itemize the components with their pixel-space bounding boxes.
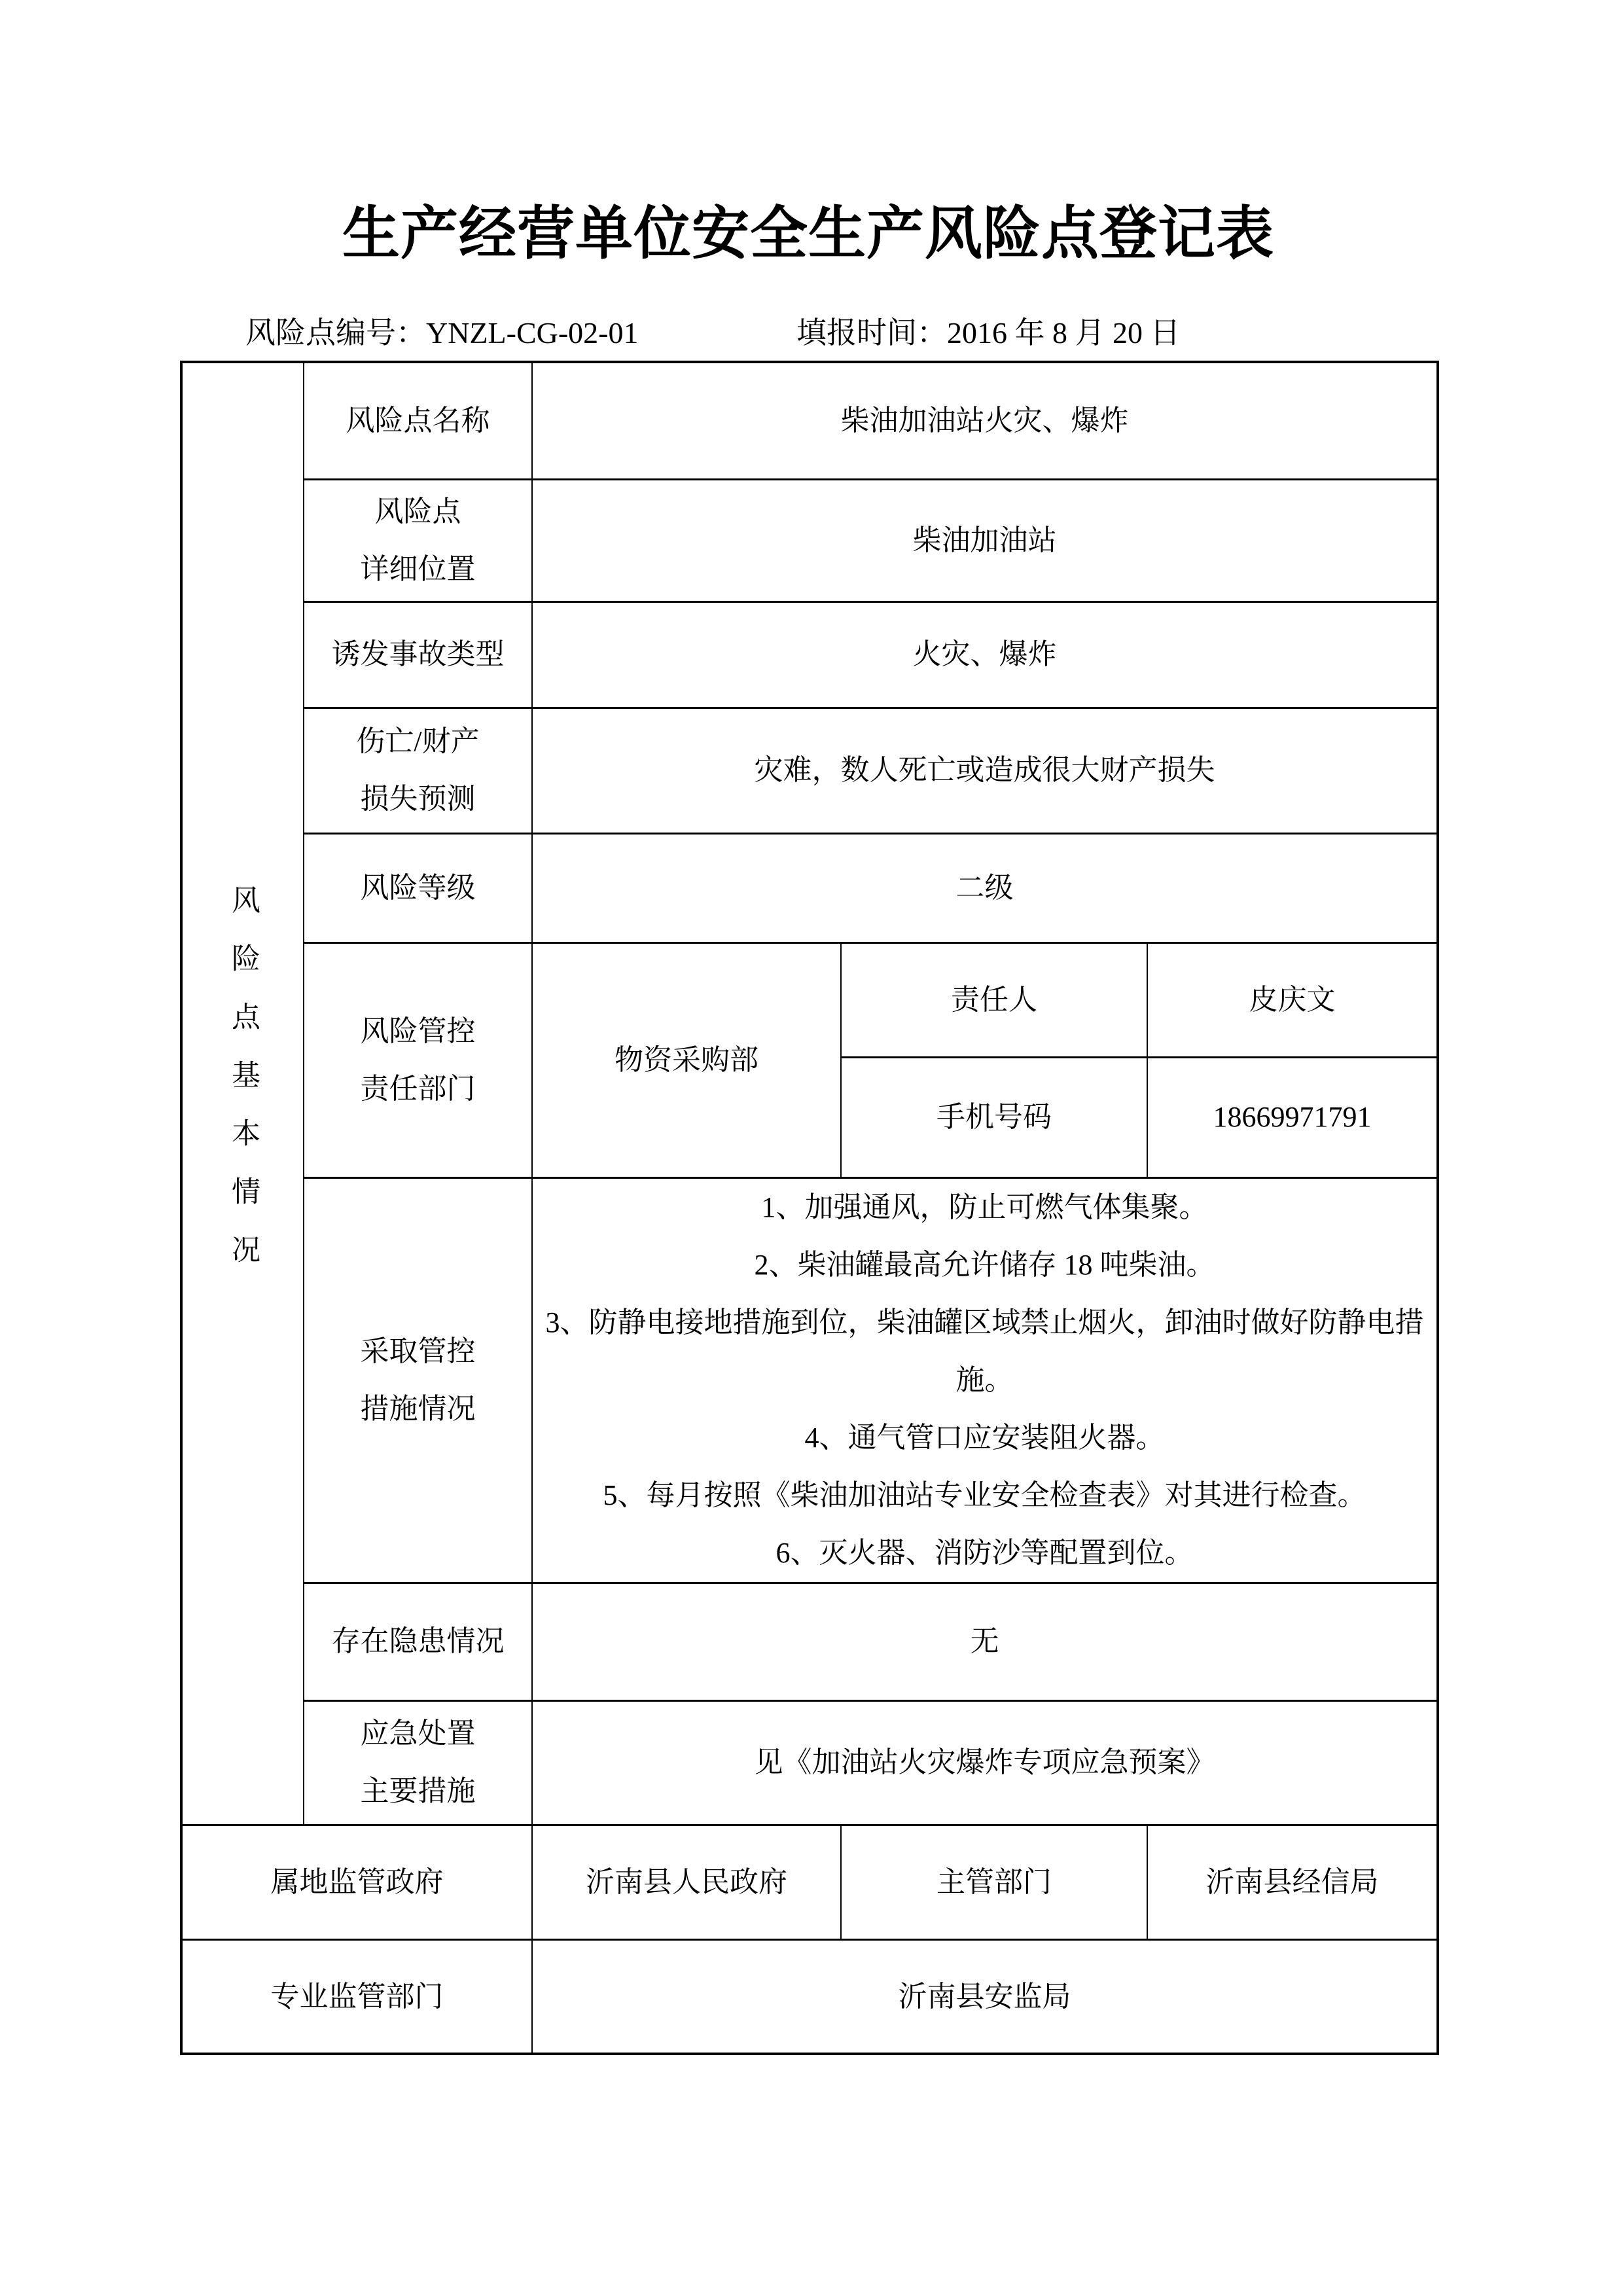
control-measures-value-cell: 1、加强通风，防止可燃气体集聚。 2、柴油罐最高允许储存 18 吨柴油。 3、防…: [532, 1177, 1438, 1583]
row-hidden-hazards: 存在隐患情况 无: [181, 1583, 1438, 1700]
emergency-measures-label-cell: 应急处置 主要措施: [304, 1700, 532, 1825]
control-measures-label-cell: 采取管控 措施情况: [304, 1177, 532, 1583]
page-title: 生产经营单位安全生产风险点登记表: [180, 202, 1436, 268]
risk-location-label-cell: 风险点 详细位置: [304, 479, 532, 601]
phone-value-cell: 18669971791: [1147, 1057, 1438, 1177]
fill-date: 填报时间：2016 年 8 月 20 日: [796, 316, 1181, 350]
accident-type-value-cell: 火灾、爆炸: [532, 601, 1438, 708]
measure-item-3: 3、防静电接地措施到位，柴油罐区域禁止烟火，卸油时做好防静电措施。: [533, 1294, 1436, 1409]
document-page: 生产经营单位安全生产风险点登记表 风险点编号：YNZL-CG-02-01 填报时…: [0, 0, 1436, 2055]
row-professional-supervision: 专业监管部门 沂南县安监局: [181, 1939, 1438, 2054]
risk-level-label-cell: 风险等级: [304, 833, 532, 942]
risk-number-value: YNZL-CG-02-01: [426, 316, 639, 350]
registration-table: 风险点基本情况 风险点名称 柴油加油站火灾、爆炸 风险点 详细位置 柴油加油站 …: [180, 361, 1439, 2055]
territorial-gov-value-cell: 沂南县人民政府: [532, 1825, 841, 1939]
loss-forecast-label-line1: 伤亡/财产: [304, 713, 531, 770]
risk-location-value-cell: 柴油加油站: [532, 479, 1438, 601]
territorial-gov-label-cell: 属地监管政府: [181, 1825, 532, 1939]
competent-dept-value-cell: 沂南县经信局: [1147, 1825, 1438, 1939]
row-territorial-government: 属地监管政府 沂南县人民政府 主管部门 沂南县经信局: [181, 1825, 1438, 1939]
hidden-hazards-value-cell: 无: [532, 1583, 1438, 1700]
control-measures-label-line1: 采取管控: [304, 1323, 531, 1380]
professional-dept-label-cell: 专业监管部门: [181, 1939, 532, 2054]
loss-forecast-value-cell: 灾难，数人死亡或造成很大财产损失: [532, 708, 1438, 833]
risk-location-label-line2: 详细位置: [304, 541, 531, 598]
responsible-person-value-cell: 皮庆文: [1147, 942, 1438, 1057]
control-dept-value-cell: 物资采购部: [532, 942, 841, 1177]
risk-name-value-cell: 柴油加油站火灾、爆炸: [532, 362, 1438, 479]
loss-forecast-label-cell: 伤亡/财产 损失预测: [304, 708, 532, 833]
fill-date-label: 填报时间：: [796, 316, 947, 350]
measure-item-4: 4、通气管口应安装阻火器。: [533, 1409, 1436, 1467]
professional-dept-value-cell: 沂南县安监局: [532, 1939, 1438, 2054]
hidden-hazards-label-cell: 存在隐患情况: [304, 1583, 532, 1700]
row-control-measures: 采取管控 措施情况 1、加强通风，防止可燃气体集聚。 2、柴油罐最高允许储存 1…: [181, 1177, 1438, 1583]
row-accident-type: 诱发事故类型 火灾、爆炸: [181, 601, 1438, 708]
responsible-person-label-cell: 责任人: [841, 942, 1147, 1057]
measure-item-2: 2、柴油罐最高允许储存 18 吨柴油。: [533, 1236, 1436, 1294]
row-control-dept-person: 风险管控 责任部门 物资采购部 责任人 皮庆文: [181, 942, 1438, 1057]
control-dept-label-line1: 风险管控: [304, 1003, 531, 1060]
row-risk-location: 风险点 详细位置 柴油加油站: [181, 479, 1438, 601]
risk-name-label-cell: 风险点名称: [304, 362, 532, 479]
row-risk-name: 风险点基本情况 风险点名称 柴油加油站火灾、爆炸: [181, 362, 1438, 479]
competent-dept-label-cell: 主管部门: [841, 1825, 1147, 1939]
accident-type-label-cell: 诱发事故类型: [304, 601, 532, 708]
row-loss-forecast: 伤亡/财产 损失预测 灾难，数人死亡或造成很大财产损失: [181, 708, 1438, 833]
meta-line: 风险点编号：YNZL-CG-02-01 填报时间：2016 年 8 月 20 日: [180, 315, 1436, 351]
control-measures-label-line2: 措施情况: [304, 1380, 531, 1438]
emergency-measures-label-line1: 应急处置: [304, 1705, 531, 1763]
emergency-measures-value-cell: 见《加油站火灾爆炸专项应急预案》: [532, 1700, 1438, 1825]
fill-date-value: 2016 年 8 月 20 日: [947, 316, 1181, 350]
measure-item-5: 5、每月按照《柴油加油站专业安全检查表》对其进行检查。: [533, 1467, 1436, 1524]
control-dept-label-cell: 风险管控 责任部门: [304, 942, 532, 1177]
row-risk-level: 风险等级 二级: [181, 833, 1438, 942]
measure-item-1: 1、加强通风，防止可燃气体集聚。: [533, 1179, 1436, 1236]
side-header-label: 风险点基本情况: [228, 885, 257, 1293]
risk-number-label: 风险点编号：: [245, 316, 426, 350]
row-emergency-measures: 应急处置 主要措施 见《加油站火灾爆炸专项应急预案》: [181, 1700, 1438, 1825]
risk-location-label-line1: 风险点: [304, 483, 531, 541]
measure-item-6: 6、灭火器、消防沙等配置到位。: [533, 1524, 1436, 1582]
phone-label-cell: 手机号码: [841, 1057, 1147, 1177]
side-header-cell: 风险点基本情况: [181, 362, 304, 1825]
emergency-measures-label-line2: 主要措施: [304, 1763, 531, 1820]
risk-level-value-cell: 二级: [532, 833, 1438, 942]
loss-forecast-label-line2: 损失预测: [304, 770, 531, 828]
risk-number: 风险点编号：YNZL-CG-02-01: [245, 316, 639, 350]
control-dept-label-line2: 责任部门: [304, 1060, 531, 1118]
